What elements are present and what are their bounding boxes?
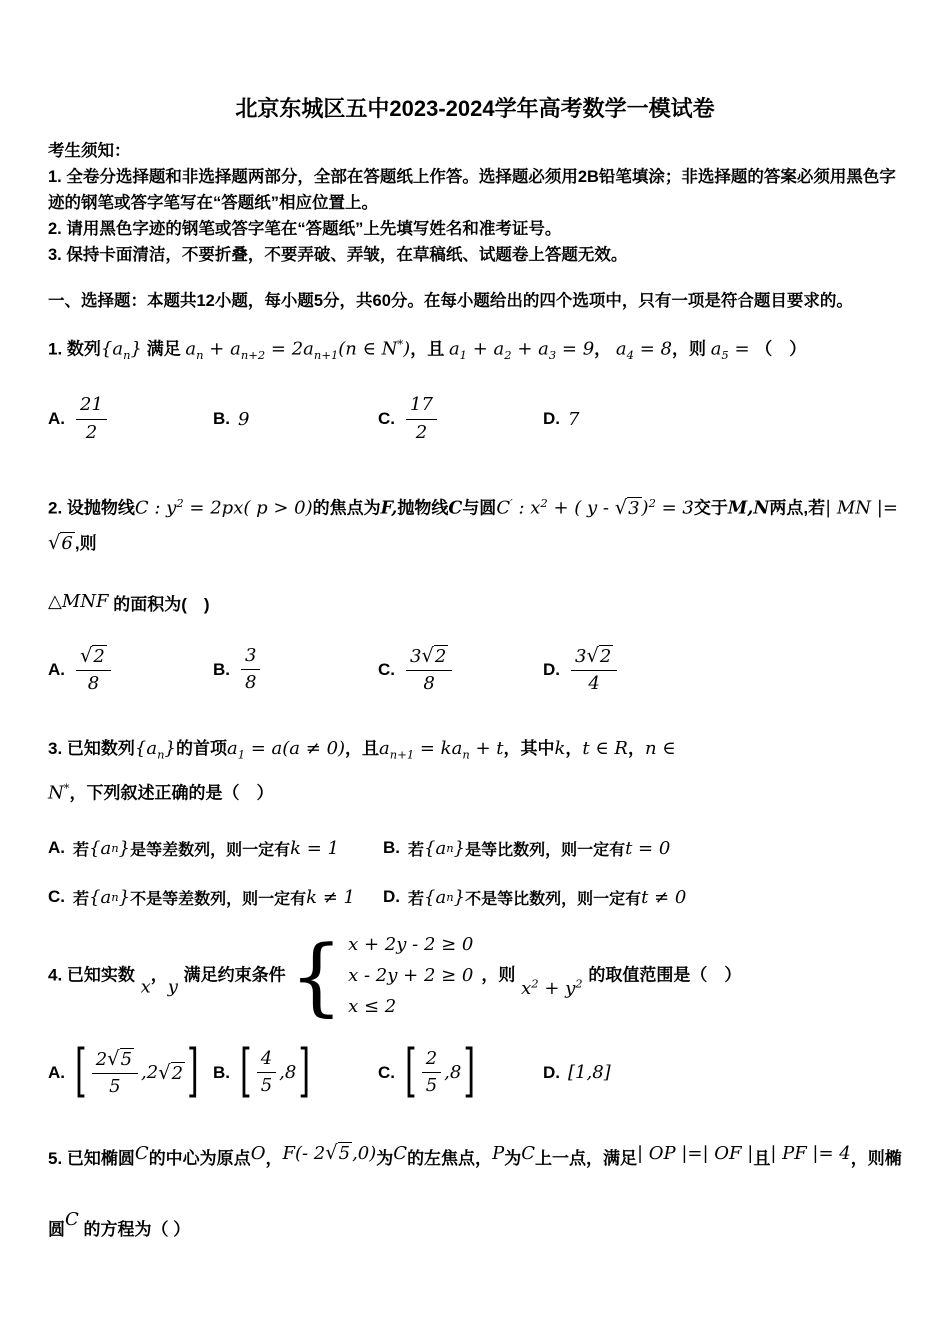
option-body: [25,8] [403, 1048, 477, 1098]
math-run: 6 [61, 533, 72, 554]
math-run: 3 [245, 645, 256, 666]
math-run: 5 [121, 1049, 132, 1070]
subscript: n+1 [390, 747, 414, 761]
math-run: 2 [93, 646, 104, 667]
math-run: k [555, 738, 566, 759]
math-run: + a [467, 339, 504, 360]
math-run: a [185, 339, 196, 360]
option-body: 212 [73, 394, 110, 444]
subscript: n [123, 348, 130, 362]
square-root: √3 [615, 498, 642, 519]
math-run: 8 [88, 673, 99, 694]
numerator: 2√5 [92, 1047, 138, 1075]
question-1-options: A.212B.9C.172D.7 [48, 394, 902, 444]
system-of-inequalities: {x + 2y - 2 ≥ 0x - 2y + 2 ≥ 0x ≤ 2 [290, 927, 474, 1025]
math-run: {a [424, 887, 446, 908]
square-root: √5 [107, 1049, 134, 1070]
option-label: A. [48, 660, 65, 680]
subscript: n+2 [241, 348, 265, 362]
text-run: 上一点，满足 [535, 1149, 637, 1168]
math-run: k ≠ 1 [306, 887, 355, 908]
radical-sign: √ [107, 1047, 119, 1070]
text-run: 交于 [694, 499, 728, 518]
text-run: （ ） [755, 340, 806, 359]
math-group: | OP |=| OF | [637, 1144, 753, 1163]
case-lines: x + 2y - 2 ≥ 0x - 2y + 2 ≥ 0x ≤ 2 [348, 929, 473, 1022]
radicand: 2 [599, 645, 613, 667]
math-run: 2 [600, 646, 611, 667]
subscript: 1 [238, 747, 245, 761]
math-run: 7 [568, 409, 579, 430]
option-label: C. [378, 409, 395, 429]
subscript: n [462, 747, 469, 761]
square-root: √6 [48, 533, 75, 554]
fraction: 38 [241, 645, 260, 695]
math-run: a [379, 738, 390, 759]
radical-sign: √ [80, 644, 92, 667]
math-run: = ka [414, 738, 462, 759]
bracket: [ [405, 1044, 417, 1101]
numerator: 3√2 [406, 644, 452, 672]
math-run: 2 [172, 1063, 183, 1084]
option-c: C.若{an}不是等差数列，则一定有 k ≠ 1 [48, 886, 383, 909]
math-run: ,0) [352, 1143, 376, 1164]
subscript: n [446, 841, 453, 855]
math-run: x [135, 976, 151, 997]
radical-sign: √ [158, 1061, 170, 1084]
math-run: O [251, 1143, 266, 1164]
text-run: 的左焦点， [407, 1149, 492, 1168]
option-d: D.若{an}不是等比数列，则一定有 t ≠ 0 [383, 886, 902, 909]
math-run: 2 [426, 1048, 437, 1069]
option-label: D. [383, 887, 400, 907]
math-run: | OP |=| OF | [637, 1143, 753, 1164]
fraction: 212 [76, 394, 107, 444]
option-label: C. [48, 887, 65, 907]
math-run: C [135, 1143, 149, 1164]
question-3-stem: 3. 已知数列{an}的首项a1 = a(a ≠ 0)，且an+1 = kan … [48, 732, 902, 811]
option-a: A.212 [48, 394, 213, 444]
question-1: 1. 数列{an} 满足 an + an+2 = 2an+1(n ∈ N*)，且… [48, 327, 902, 444]
square-root: √5 [325, 1143, 352, 1164]
text-run: 3. 已知数列 [48, 739, 135, 758]
superscript: 2 [575, 977, 582, 991]
option-label: C. [378, 1063, 395, 1083]
option-label: C. [378, 660, 395, 680]
math-run: } [165, 738, 176, 759]
option-body: √28 [73, 644, 114, 696]
math-group: x2 + y2 [515, 979, 588, 998]
question-2-options: A.√28B.38C.3√28D.3√24 [48, 644, 902, 696]
option-body: 若{an}是等比数列，则一定有 t = 0 [408, 837, 670, 860]
text-run: ，其中 [504, 739, 555, 758]
numerator: 3√2 [571, 644, 617, 672]
denominator: 5 [92, 1074, 138, 1099]
question-3-options: A.若{an}是等差数列，则一定有 k = 1B.若{an}是等比数列，则一定有… [48, 837, 902, 909]
option-label: B. [213, 1063, 230, 1083]
left-brace-icon: { [290, 927, 343, 1025]
option-body: [1,8] [568, 1062, 611, 1083]
fraction: 172 [406, 394, 437, 444]
radicand: 3 [627, 497, 641, 519]
square-root: √2 [80, 646, 107, 667]
math-run: F(- 2 [282, 1143, 325, 1164]
radicand: 6 [60, 532, 74, 554]
math-run: k = 1 [290, 838, 339, 859]
math-run: } [131, 339, 142, 360]
math-run: 2 [86, 422, 97, 443]
math-run: C [496, 498, 510, 519]
math-run: y [168, 976, 184, 997]
text-run: ，且 [345, 739, 379, 758]
math-run: t ≠ 0 [641, 887, 686, 908]
math-run-bold: C [448, 499, 462, 519]
math-run: C : y [135, 498, 176, 519]
notice-item-1: 1. 全卷分选择题和非选择题两部分，全部在答题纸上作答。选择题必须用2B铅笔填涂… [48, 164, 902, 216]
option-body: [2√55,2√2] [73, 1047, 201, 1099]
notice-block: 考生须知： 1. 全卷分选择题和非选择题两部分，全部在答题纸上作答。选择题必须用… [48, 138, 902, 268]
radical-sign: √ [421, 644, 433, 667]
math-run: = a(a ≠ 0) [245, 738, 345, 759]
text-run: 的方程为（ ） [79, 1220, 190, 1239]
denominator: 5 [257, 1073, 276, 1098]
question-3: 3. 已知数列{an}的首项a1 = a(a ≠ 0)，且an+1 = kan … [48, 732, 902, 909]
denominator: 5 [422, 1073, 441, 1098]
math-run: } [454, 838, 465, 859]
math-run: } [454, 887, 465, 908]
option-b: B.38 [213, 645, 378, 695]
math-run: 5 [339, 1143, 350, 1164]
option-a: A.若{an}是等差数列，则一定有 k = 1 [48, 837, 383, 860]
text-run: ，下列叙述正确的是（ ） [70, 784, 274, 803]
superscript: 2 [649, 496, 656, 510]
option-label: A. [48, 1063, 65, 1083]
math-run: 5 [426, 1075, 437, 1096]
math-run: 21 [80, 394, 103, 415]
option-label: A. [48, 409, 65, 429]
bracket: ] [463, 1044, 475, 1101]
math-run: 3 [410, 646, 421, 667]
text-run: 的中心为原点 [149, 1149, 251, 1168]
option-c: C.3√28 [378, 644, 543, 696]
option-label: B. [213, 660, 230, 680]
math-run: {a [89, 838, 111, 859]
exam-page: 北京东城区五中2023-2024学年高考数学一模试卷 考生须知： 1. 全卷分选… [0, 0, 950, 1344]
case-line: x - 2y + 2 ≥ 0 [348, 960, 473, 991]
math-run: 5 [261, 1075, 272, 1096]
option-body: 若{an}不是等差数列，则一定有 k ≠ 1 [73, 886, 355, 909]
square-root: √2 [586, 646, 613, 667]
option-a: A.√28 [48, 644, 213, 696]
option-label: A. [48, 838, 65, 858]
text-run: 的取值范围是（ ） [588, 965, 741, 984]
math-run: 2 [416, 422, 427, 443]
math-run: ,2 [141, 1062, 158, 1083]
math-run: = 2px( p > 0) [184, 498, 313, 519]
math-run: 4 [588, 673, 599, 694]
math-run: ,8 [279, 1062, 296, 1083]
math-run: x - 2y + 2 ≥ 0 [348, 965, 473, 986]
option-c: C.[25,8] [378, 1048, 543, 1098]
math-run: 3 [575, 646, 586, 667]
math-run: [1,8] [568, 1062, 611, 1083]
math-run: △MNF [48, 591, 109, 612]
option-body: 7 [568, 409, 579, 430]
math-run: 8 [245, 672, 256, 693]
denominator: 8 [241, 670, 260, 695]
option-body: 172 [403, 394, 440, 444]
math-run-bold: M,N [728, 499, 769, 519]
fraction: 45 [257, 1048, 276, 1098]
option-d: D.[1,8] [543, 1062, 611, 1083]
option-label: D. [543, 1063, 560, 1083]
numerator: 21 [76, 394, 107, 420]
math-run: {a [101, 339, 123, 360]
radical-sign: √ [615, 496, 627, 519]
math-run: {a [89, 887, 111, 908]
text-run: ， [151, 965, 168, 984]
text-run: ， [628, 739, 645, 758]
text-run: 1. 数列 [48, 340, 101, 359]
question-2-stem: 2. 设抛物线C : y2 = 2px( p > 0)的焦点为F,抛物线C与圆C… [48, 486, 902, 561]
text-run: ， [265, 1149, 282, 1168]
math-group: F(- 2√5,0) [282, 1144, 376, 1163]
question-2: 2. 设抛物线C : y2 = 2px( p > 0)的焦点为F,抛物线C与圆C… [48, 486, 902, 696]
math-run: = 8 [634, 339, 672, 360]
math-run: a [711, 339, 722, 360]
option-label: B. [383, 838, 400, 858]
subscript: n+1 [314, 348, 338, 362]
radicand: 2 [92, 645, 106, 667]
option-body: 38 [238, 645, 263, 695]
option-body: 9 [238, 409, 249, 430]
math-run: | MN |= [825, 498, 898, 519]
math-run: C [393, 1143, 407, 1164]
option-label: D. [543, 409, 560, 429]
option-body: 3√28 [403, 644, 455, 696]
text-run: 为 [376, 1149, 393, 1168]
denominator: 8 [76, 671, 111, 696]
radicand: 5 [120, 1048, 134, 1070]
question-4: 4. 已知实数 x，y 满足约束条件{x + 2y - 2 ≥ 0x - 2y … [48, 927, 902, 1099]
option-body: 3√24 [568, 644, 620, 696]
text-run: 的面积为( ) [109, 595, 210, 614]
text-run: 不是等差数列，则一定有 [130, 886, 306, 909]
math-run: = [729, 339, 756, 360]
math-run: + a [204, 339, 241, 360]
text-run: 抛物线 [397, 499, 448, 518]
text-run: 若 [73, 886, 89, 909]
math-run: 3 [628, 498, 639, 519]
notice-label: 考生须知： [48, 138, 902, 164]
text-run: 为 [504, 1149, 521, 1168]
question-2-stem-continued: △MNF 的面积为( ) [48, 587, 902, 620]
math-run: 4 [261, 1048, 272, 1069]
superscript: 2 [176, 496, 183, 510]
text-run: 若 [408, 837, 424, 860]
math-run: : x [513, 498, 541, 519]
question-4-stem: 4. 已知实数 x，y 满足约束条件{x + 2y - 2 ≥ 0x - 2y … [48, 927, 902, 1025]
radical-sign: √ [48, 531, 60, 554]
text-run: ， [594, 340, 616, 359]
text-run: 是等差数列，则一定有 [130, 837, 290, 860]
numerator: 2 [422, 1048, 441, 1074]
math-run: = 2a [265, 339, 314, 360]
question-5: 5. 已知椭圆C的中心为原点O，F(- 2√5,0)为C的左焦点，P为C上一点，… [48, 1135, 902, 1245]
subscript: 2 [504, 348, 511, 362]
text-run: 满足 [142, 340, 185, 359]
math-run: } [119, 887, 130, 908]
section-header: 一、选择题：本题共12小题，每小题5分，共60分。在每小题给出的四个选项中，只有… [48, 288, 902, 315]
text-run: 不是等比数列，则一定有 [465, 886, 641, 909]
case-line: x ≤ 2 [348, 991, 473, 1022]
math-run: = 9 [556, 339, 594, 360]
math-run: a [227, 738, 238, 759]
question-5-stem: 5. 已知椭圆C的中心为原点O，F(- 2√5,0)为C的左焦点，P为C上一点，… [48, 1135, 902, 1177]
text-run: 两点,若 [769, 499, 825, 518]
denominator: 2 [76, 420, 107, 445]
subscript: n [196, 348, 203, 362]
subscript: 1 [460, 348, 467, 362]
question-5-stem-continued: 圆C 的方程为（ ） [48, 1205, 902, 1245]
text-run: 的焦点为 [313, 499, 381, 518]
notice-item-2: 2. 请用黑色字迹的钢笔或答字笔在“答题纸”上先填写姓名和准考证号。 [48, 216, 902, 242]
option-body: [45,8] [238, 1048, 312, 1098]
text-run: 圆 [48, 1220, 65, 1239]
math-run: + t [470, 738, 504, 759]
text-run: 若 [73, 837, 89, 860]
math-run: 5 [109, 1076, 120, 1097]
radicand: 2 [434, 645, 448, 667]
option-label: B. [213, 409, 230, 429]
math-run: ) [642, 498, 649, 519]
radicand: 5 [338, 1142, 352, 1164]
math-run: C [65, 1209, 79, 1230]
case-line: x + 2y - 2 ≥ 0 [348, 929, 473, 960]
math-run: ,8 [444, 1062, 461, 1083]
math-run: (n ∈ N [338, 339, 397, 360]
question-4-options: A.[2√55,2√2]B.[45,8]C.[25,8]D.[1,8] [48, 1047, 902, 1099]
text-run: 满足约束条件 [184, 965, 286, 984]
math-run: x ≤ 2 [348, 996, 396, 1017]
radicand: 2 [171, 1062, 185, 1084]
denominator: 8 [406, 671, 452, 696]
math-group: | PF |= 4 [770, 1144, 850, 1163]
math-run: {a [424, 838, 446, 859]
text-run: 2. 设抛物线 [48, 499, 135, 518]
fraction: 3√28 [406, 644, 452, 696]
math-run: t ∈ R [582, 738, 628, 759]
math-run: a [616, 339, 627, 360]
bracket: [ [240, 1044, 252, 1101]
math-run: P [492, 1143, 504, 1164]
math-run: 17 [410, 394, 433, 415]
math-run: C [521, 1143, 535, 1164]
bracket: ] [187, 1044, 199, 1101]
page-title: 北京东城区五中2023-2024学年高考数学一模试卷 [48, 94, 902, 124]
denominator: 4 [571, 671, 617, 696]
text-run: 且 [753, 1149, 770, 1168]
question-1-stem: 1. 数列{an} 满足 an + an+2 = 2an+1(n ∈ N*)，且… [48, 327, 902, 372]
text-run: 与圆 [462, 499, 496, 518]
fraction: 3√24 [571, 644, 617, 696]
subscript: n [446, 890, 453, 904]
numerator: 4 [257, 1048, 276, 1074]
math-run: = 3 [656, 498, 694, 519]
math-run: 2 [96, 1049, 107, 1070]
subscript: n [111, 841, 118, 855]
math-run-bold: F, [381, 499, 398, 519]
math-run: 8 [423, 673, 434, 694]
text-run: ，则 [481, 965, 515, 984]
superscript: 2 [531, 977, 538, 991]
math-run: x + 2y - 2 ≥ 0 [348, 934, 473, 955]
subscript: n [157, 747, 164, 761]
numerator: √2 [76, 644, 111, 672]
bracket: [ [75, 1044, 87, 1101]
text-run: ，则椭 [851, 1149, 902, 1168]
math-run: a [449, 339, 460, 360]
text-run: 的首项 [176, 739, 227, 758]
math-run: {a [135, 738, 157, 759]
fraction: √28 [76, 644, 111, 696]
option-body: 若{an}是等差数列，则一定有 k = 1 [73, 837, 339, 860]
subscript: 5 [721, 348, 728, 362]
math-run: 2 [435, 646, 446, 667]
notice-item-3: 3. 保持卡面清洁，不要折叠，不要弄破、弄皱，在草稿纸、试题卷上答题无效。 [48, 242, 902, 268]
math-run: } [119, 838, 130, 859]
option-c: C.172 [378, 394, 543, 444]
text-run: ， [565, 739, 582, 758]
numerator: 17 [406, 394, 437, 420]
square-root: √2 [421, 646, 448, 667]
subscript: n [111, 890, 118, 904]
math-run: x [515, 978, 531, 999]
bracket: ] [298, 1044, 310, 1101]
text-run: ，则 [672, 340, 711, 359]
option-body: 若{an}不是等比数列，则一定有 t ≠ 0 [408, 886, 686, 909]
math-run: t = 0 [625, 838, 670, 859]
math-run: | PF |= 4 [770, 1143, 850, 1164]
option-b: B.9 [213, 409, 378, 430]
text-run: 4. 已知实数 [48, 965, 135, 984]
option-a: A.[2√55,2√2] [48, 1047, 213, 1099]
option-label: D. [543, 660, 560, 680]
text-run: ，且 [410, 340, 449, 359]
option-d: D.7 [543, 409, 579, 430]
subscript: 4 [627, 348, 634, 362]
math-run: + a [512, 339, 549, 360]
text-run: 是等比数列，则一定有 [465, 837, 625, 860]
option-d: D.3√24 [543, 644, 620, 696]
numerator: 3 [241, 645, 260, 671]
text-run: 若 [408, 886, 424, 909]
radical-sign: √ [325, 1141, 337, 1164]
denominator: 2 [406, 420, 437, 445]
text-run: ,则 [75, 534, 97, 553]
text-run: 5. 已知椭圆 [48, 1149, 135, 1168]
fraction: 2√55 [92, 1047, 138, 1099]
option-b: B.若{an}是等比数列，则一定有 t = 0 [383, 837, 902, 860]
math-run: + ( y - [548, 498, 615, 519]
fraction: 25 [422, 1048, 441, 1098]
option-b: B.[45,8] [213, 1048, 378, 1098]
radical-sign: √ [586, 644, 598, 667]
square-root: √2 [158, 1061, 185, 1084]
math-run: 9 [238, 409, 249, 430]
math-run: + y [539, 978, 576, 999]
superscript: 2 [540, 496, 547, 510]
